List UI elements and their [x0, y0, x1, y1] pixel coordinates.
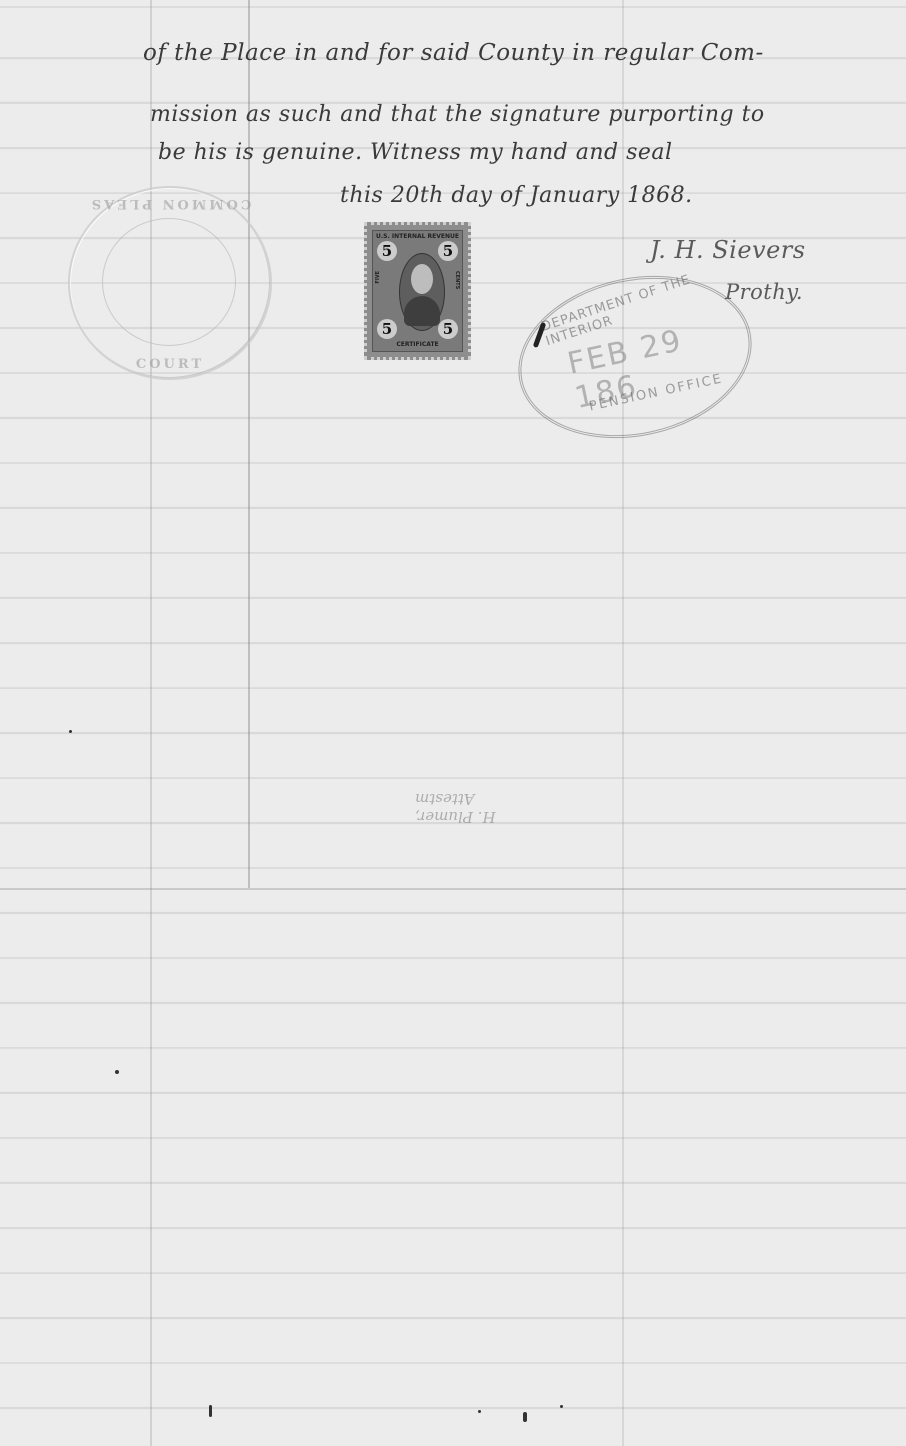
- ink-speck: [560, 1405, 563, 1408]
- margin-rule-inner: [248, 0, 250, 888]
- handwritten-line-2: mission as such and that the signature p…: [150, 102, 765, 127]
- stamp-numeral: 5: [438, 319, 458, 339]
- faint-note-line-1: H. Plumer,: [415, 808, 496, 826]
- ink-speck: [209, 1405, 212, 1417]
- ink-speck: [478, 1410, 481, 1413]
- stamp-numeral: 5: [438, 241, 458, 261]
- stamp-right-text: CENTS: [454, 271, 460, 289]
- seal-bottom-text: COURT: [70, 357, 270, 372]
- handwritten-date-line: this 20th day of January 1868.: [340, 183, 693, 208]
- stamp-top-text: U.S. INTERNAL REVENUE: [373, 233, 462, 240]
- stamp-numeral: 5: [377, 241, 397, 261]
- portrait-face: [411, 264, 433, 294]
- ink-speck: [69, 730, 72, 733]
- pension-office-received-stamp: DEPARTMENT OF THE INTERIOR FEB 29 186 PE…: [503, 255, 767, 459]
- document-page: COMMON PLEAS COURT of the Place in and f…: [0, 0, 906, 1446]
- ink-speck: [523, 1412, 527, 1422]
- revenue-stamp-frame: U.S. INTERNAL REVENUE 5 5 FIVE CENTS 5 5…: [372, 230, 463, 352]
- ink-speck: [115, 1070, 119, 1074]
- portrait-shoulders: [404, 296, 440, 326]
- fold-crease-vertical: [622, 0, 624, 1446]
- faint-inverted-note: H. Plumer, Attestm: [415, 790, 496, 826]
- revenue-stamp: U.S. INTERNAL REVENUE 5 5 FIVE CENTS 5 5…: [364, 222, 471, 360]
- fold-crease-horizontal: [0, 888, 906, 890]
- faint-note-line-2: Attestm: [415, 790, 496, 808]
- handwritten-line-1: of the Place in and for said County in r…: [143, 40, 764, 66]
- embossed-court-seal: COMMON PLEAS COURT: [68, 186, 272, 380]
- seal-inner-ring: [102, 218, 236, 346]
- stamp-bottom-text: CERTIFICATE: [373, 341, 462, 348]
- washington-portrait-icon: [399, 253, 445, 331]
- stamp-numeral: 5: [377, 319, 397, 339]
- stamp-left-text: FIVE: [375, 271, 381, 284]
- seal-top-text: COMMON PLEAS: [70, 196, 270, 211]
- handwritten-line-3: be his is genuine. Witness my hand and s…: [158, 140, 673, 165]
